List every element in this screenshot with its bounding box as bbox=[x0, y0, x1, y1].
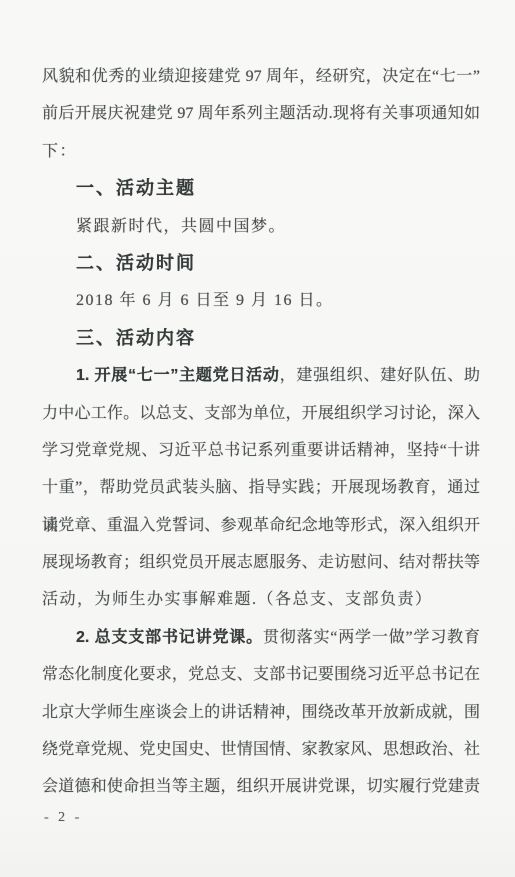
heading-line: 三、活动内容 bbox=[42, 320, 480, 357]
body-text: 贯彻落实“两学一做”学习教育 bbox=[263, 629, 480, 646]
body-text: ，建强组织、建好队伍、助 bbox=[280, 367, 480, 384]
body-text: 前后开展庆祝建党 97 周年系列主题活动.现将有关事项通知如 bbox=[42, 105, 480, 122]
document-body: 风貌和优秀的业绩迎接建党 97 周年，经研究，决定在“七一”前后开展庆祝建党 9… bbox=[42, 58, 480, 806]
emphasis-text: 三、活动内容 bbox=[76, 328, 196, 348]
body-text: 风貌和优秀的业绩迎接建党 97 周年，经研究，决定在“七一” bbox=[42, 68, 480, 85]
text-line: 北京大学师生座谈会上的讲话精神，围绕改革开放新成就，围 bbox=[42, 694, 480, 731]
emphasis-text: 1. 开展“七一”主题党日活动 bbox=[76, 367, 280, 384]
text-line: 学习党章党规、习近平总书记系列重要讲话精神，坚持“十讲 bbox=[42, 432, 480, 469]
body-text: 紧跟新时代，共圆中国梦。 bbox=[76, 218, 286, 235]
emphasis-text: 一、活动主题 bbox=[76, 178, 196, 198]
text-line: 2018 年 6 月 6 日至 9 月 16 日。 bbox=[42, 282, 480, 319]
text-line: 常态化制度化要求，党总支、支部书记要围绕习近平总书记在 bbox=[42, 656, 480, 693]
text-line: 活动，为师生办实事解难题.（各总支、支部负责） bbox=[42, 581, 480, 618]
body-text: 展现场教育；组织党员开展志愿服务、走访慰问、结对帮扶等 bbox=[42, 554, 480, 571]
body-text: 读党章、重温入党誓词、参观革命纪念地等形式，深入组织开 bbox=[42, 517, 480, 534]
body-text: 力中心工作。以总支、支部为单位，开展组织学习讨论，深入 bbox=[42, 405, 480, 422]
text-line: 2. 总支支部书记讲党课。贯彻落实“两学一做”学习教育 bbox=[42, 619, 480, 656]
body-text: 北京大学师生座谈会上的讲话精神，围绕改革开放新成就，围 bbox=[42, 704, 480, 721]
text-line: 展现场教育；组织党员开展志愿服务、走访慰问、结对帮扶等 bbox=[42, 544, 480, 581]
body-text: 会道德和使命担当等主题，组织开展讲党课，切实履行党建责 bbox=[42, 778, 480, 795]
body-text: 2018 年 6 月 6 日至 9 月 16 日。 bbox=[76, 292, 334, 309]
body-text: 常态化制度化要求，党总支、支部书记要围绕习近平总书记在 bbox=[42, 666, 480, 683]
text-line: 力中心工作。以总支、支部为单位，开展组织学习讨论，深入 bbox=[42, 395, 480, 432]
text-line: 读党章、重温入党誓词、参观革命纪念地等形式，深入组织开 bbox=[42, 507, 480, 544]
heading-line: 一、活动主题 bbox=[42, 170, 480, 207]
text-line: 绕党章党规、党史国史、世情国情、家教家风、思想政治、社 bbox=[42, 731, 480, 768]
text-line: 1. 开展“七一”主题党日活动，建强组织、建好队伍、助 bbox=[42, 357, 480, 394]
body-text: 活动，为师生办实事解难题.（各总支、支部负责） bbox=[42, 591, 433, 608]
text-line: 会道德和使命担当等主题，组织开展讲党课，切实履行党建责 bbox=[42, 768, 480, 805]
emphasis-text: 2. 总支支部书记讲党课。 bbox=[76, 629, 263, 646]
emphasis-text: 二、活动时间 bbox=[76, 253, 196, 273]
text-line: 风貌和优秀的业绩迎接建党 97 周年，经研究，决定在“七一” bbox=[42, 58, 480, 95]
heading-line: 二、活动时间 bbox=[42, 245, 480, 282]
text-line: 十重”，帮助党员武装头脑、指导实践；开展现场教育，通过诵 bbox=[42, 469, 480, 506]
text-line: 前后开展庆祝建党 97 周年系列主题活动.现将有关事项通知如 bbox=[42, 95, 480, 132]
scanned-document-page: 风貌和优秀的业绩迎接建党 97 周年，经研究，决定在“七一”前后开展庆祝建党 9… bbox=[0, 0, 515, 877]
page-number: - 2 - bbox=[44, 810, 82, 826]
body-text: 绕党章党规、党史国史、世情国情、家教家风、思想政治、社 bbox=[42, 741, 480, 758]
body-text: 下： bbox=[42, 143, 77, 160]
body-text: 学习党章党规、习近平总书记系列重要讲话精神，坚持“十讲 bbox=[42, 442, 480, 459]
text-line: 下： bbox=[42, 133, 480, 170]
text-line: 紧跟新时代，共圆中国梦。 bbox=[42, 208, 480, 245]
